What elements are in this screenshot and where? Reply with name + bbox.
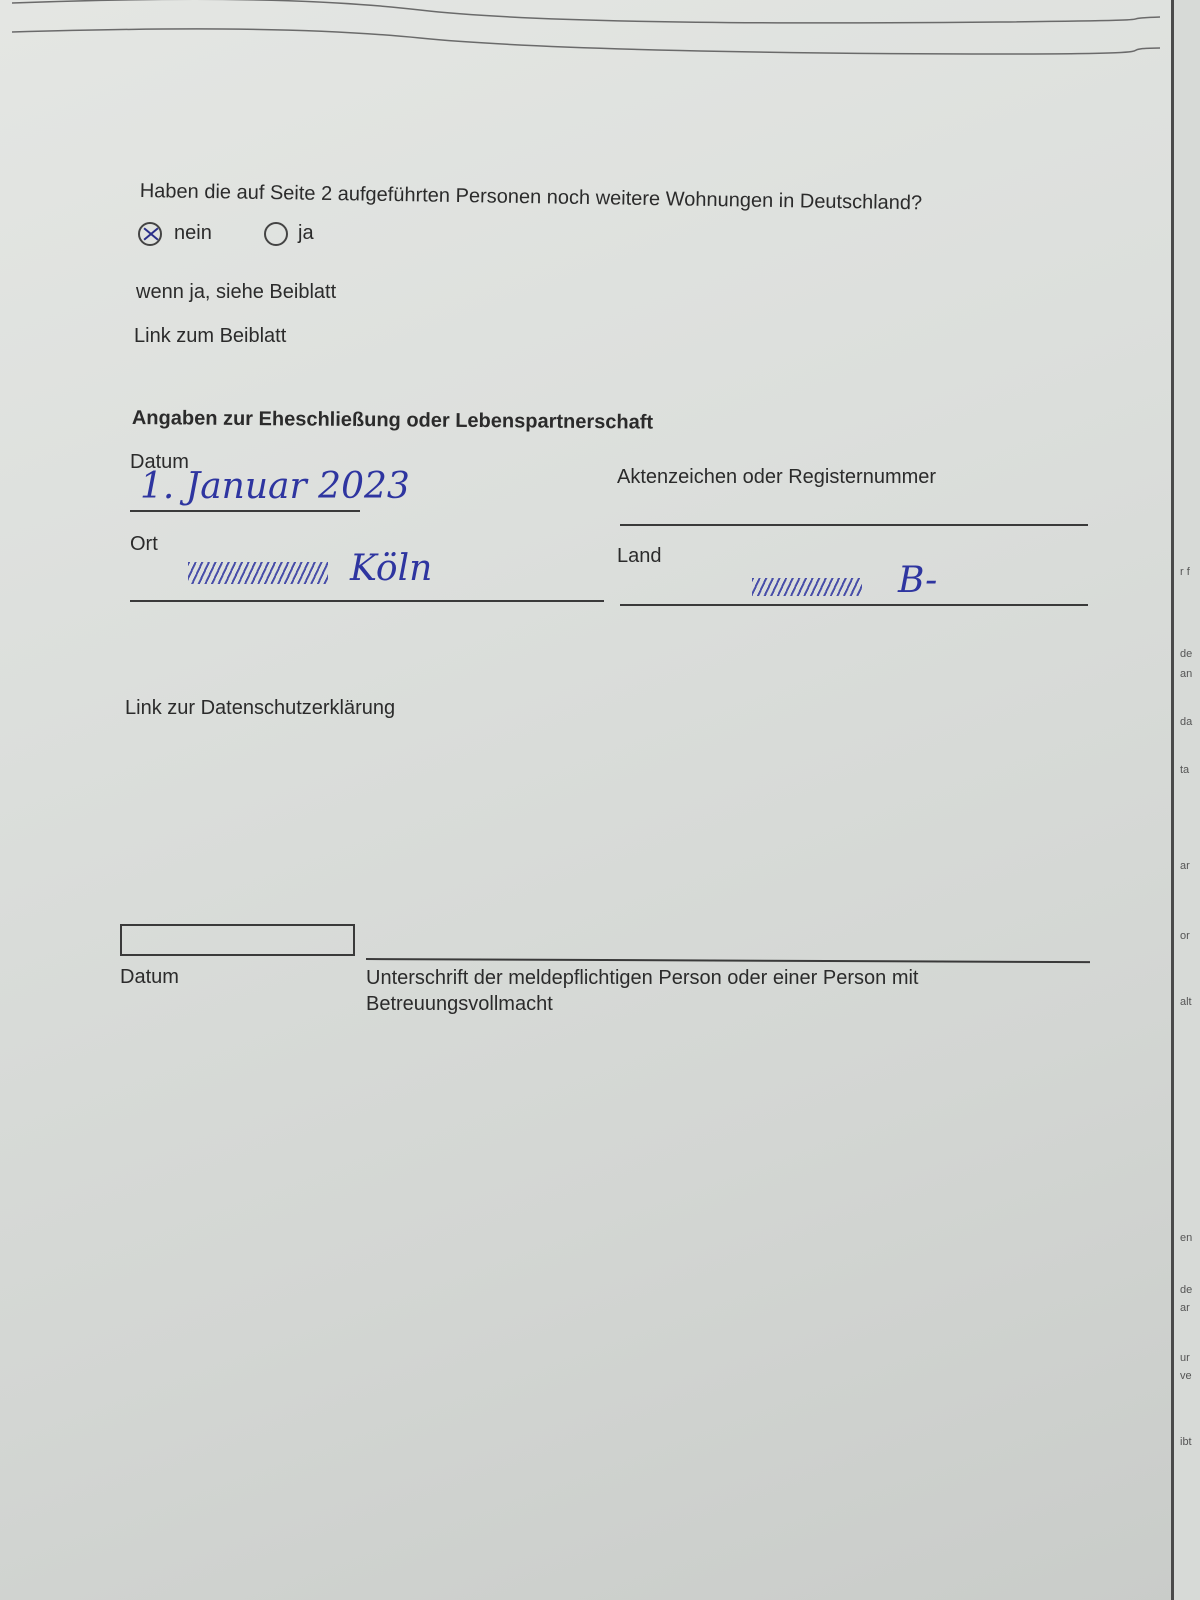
reference-field-line[interactable] (620, 524, 1088, 526)
place-field-line (130, 600, 604, 602)
question-other-dwellings: Haben die auf Seite 2 aufgeführten Perso… (140, 180, 923, 215)
adjacent-page-strip: r f de an da ta ar or alt en de ar ur ve… (1174, 0, 1200, 1600)
country-label: Land (617, 545, 662, 568)
if-yes-note: wenn ja, siehe Beiblatt (136, 281, 336, 304)
place-value[interactable]: Köln (350, 548, 432, 589)
place-label: Ort (130, 533, 158, 556)
country-value[interactable]: B- (898, 560, 937, 601)
radio-ja-label: ja (298, 222, 314, 245)
signature-label-line2: Betreuungsvollmacht (366, 993, 553, 1016)
marriage-section-heading: Angaben zur Eheschließung oder Lebenspar… (132, 407, 653, 435)
reference-label: Aktenzeichen oder Registernummer (617, 466, 936, 489)
link-privacy[interactable]: Link zur Datenschutzerklärung (125, 697, 395, 720)
page-top-curves (0, 0, 1200, 80)
signature-date-input[interactable] (120, 924, 355, 956)
page-edge (1171, 0, 1174, 1600)
signature-date-label: Datum (120, 966, 179, 989)
radio-nein-label: nein (174, 222, 212, 245)
marriage-date-value[interactable]: 1. Januar 2023 (140, 466, 410, 507)
crossed-out-scribble-country (752, 578, 862, 596)
radio-nein[interactable] (138, 222, 162, 246)
signature-label-line1: Unterschrift der meldepflichtigen Person… (366, 967, 918, 990)
marriage-date-line (130, 510, 360, 512)
signature-line[interactable] (366, 958, 1090, 963)
country-field-line (620, 604, 1088, 606)
link-supplement[interactable]: Link zum Beiblatt (134, 325, 286, 348)
radio-ja[interactable] (264, 222, 288, 246)
crossed-out-scribble (188, 562, 328, 584)
